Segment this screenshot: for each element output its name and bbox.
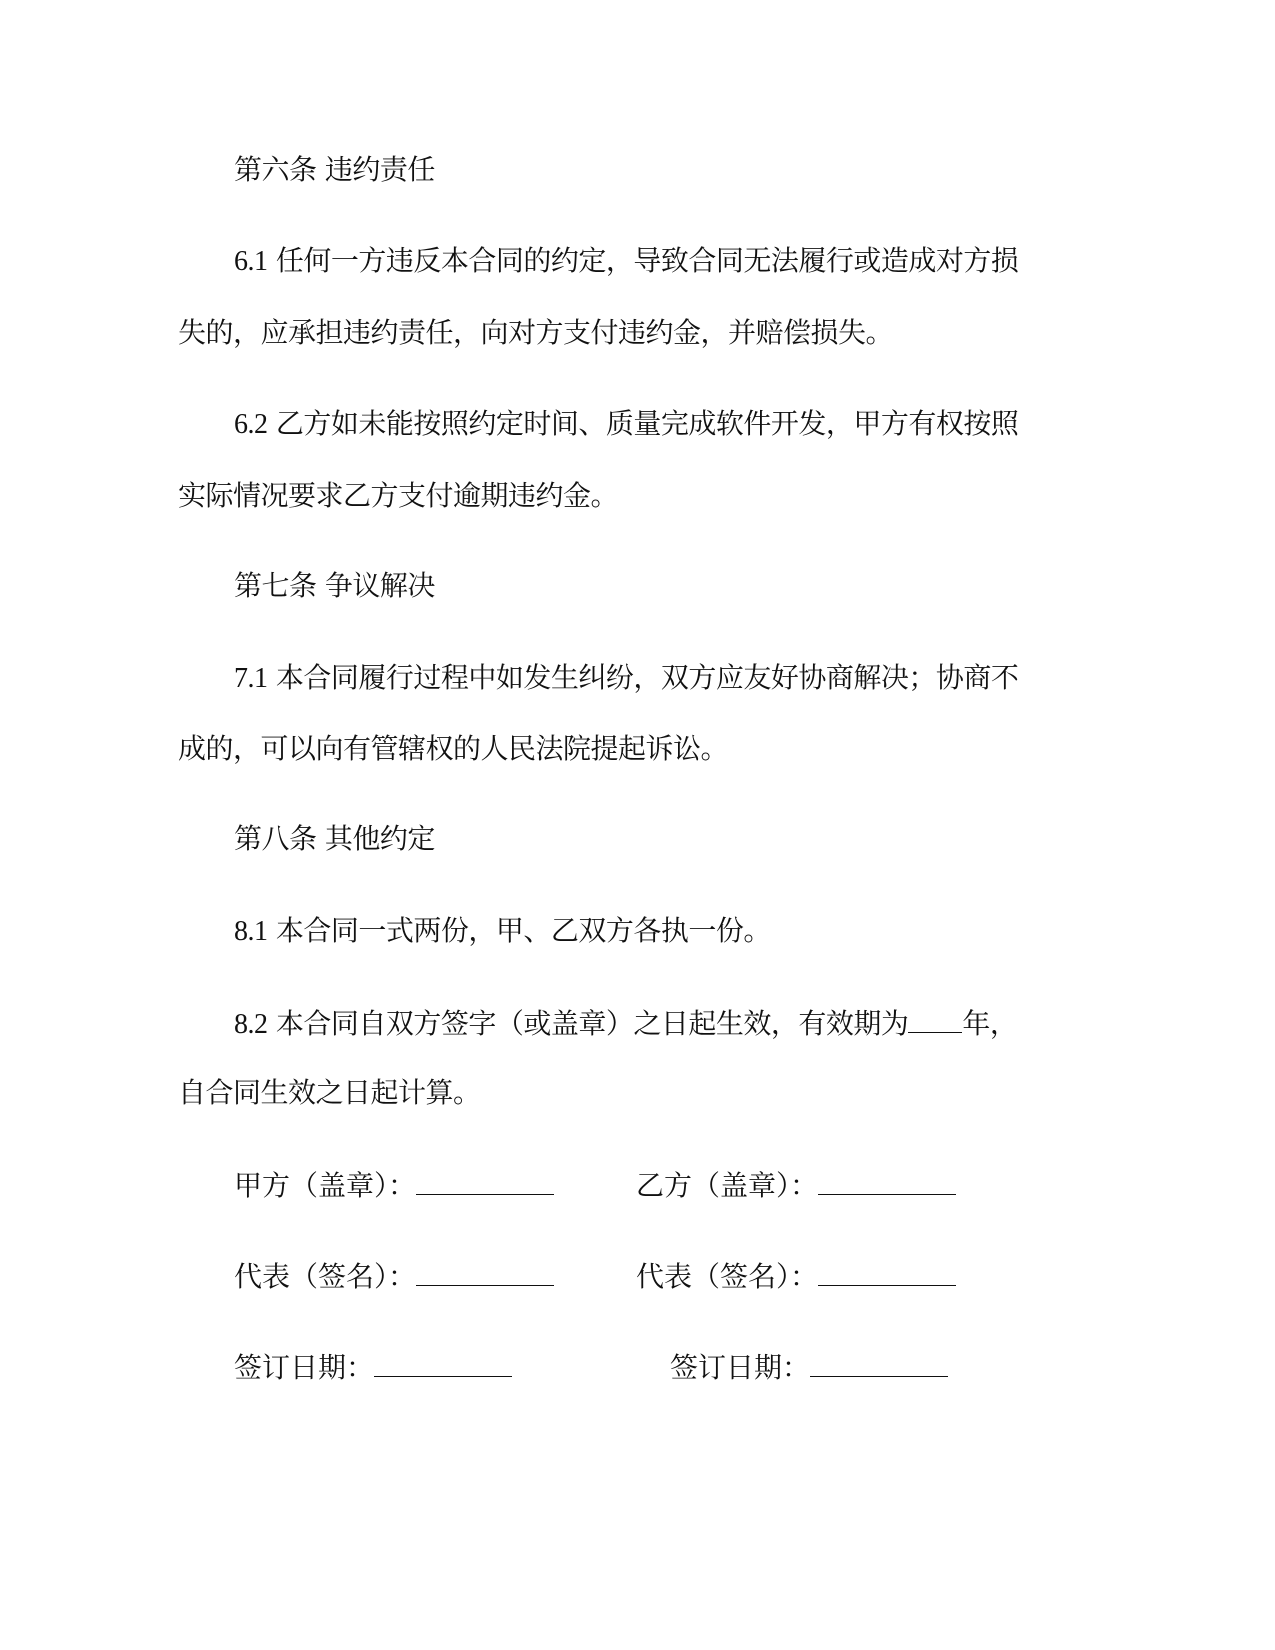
- clause-number: 8.2: [234, 1009, 268, 1040]
- clause-6-2-line-2: 实际情况要求乙方支付逾期违约金。: [178, 478, 618, 514]
- clause-number: 6.1: [234, 246, 268, 277]
- clause-6-1-line-1: 6.1 任何一方违反本合同的约定，导致合同无法履行或造成对方损: [234, 243, 1018, 280]
- party-b-rep-field: 代表（签名）：: [636, 1257, 956, 1295]
- clause-text: 本合同一式两份，甲、乙双方各执一份。: [276, 914, 771, 947]
- party-b-seal-field: 乙方（盖章）：: [636, 1166, 956, 1204]
- party-b-rep-label: 代表（签名）：: [636, 1260, 818, 1293]
- clause-6-2-line-1: 6.2 乙方如未能按照约定时间、质量完成软件开发，甲方有权按照: [234, 406, 1018, 443]
- party-a-date-field: 签订日期：: [234, 1348, 512, 1386]
- party-a-rep-field: 代表（签名）：: [234, 1257, 554, 1295]
- clause-7-1-line-1: 7.1 本合同履行过程中如发生纠纷，双方应友好协商解决；协商不: [234, 660, 1018, 697]
- party-b-date-field: 签订日期：: [670, 1348, 948, 1386]
- clause-text: 本合同履行过程中如发生纠纷，双方应友好协商解决；协商不: [276, 661, 1019, 694]
- clause-number: 6.2: [234, 409, 268, 440]
- article-8-heading: 第八条 其他约定: [234, 821, 435, 857]
- party-a-rep-blank[interactable]: [416, 1257, 554, 1286]
- party-b-rep-blank[interactable]: [818, 1257, 956, 1286]
- party-b-date-blank[interactable]: [810, 1348, 948, 1377]
- clause-text: 任何一方违反本合同的约定，导致合同无法履行或造成对方损: [276, 244, 1019, 277]
- article-6-heading: 第六条 违约责任: [234, 152, 435, 188]
- clause-number: 8.1: [234, 916, 268, 947]
- party-b-date-label: 签订日期：: [670, 1351, 810, 1384]
- party-a-seal-field: 甲方（盖章）：: [234, 1166, 554, 1204]
- clause-text: 本合同自双方签字（或盖章）之日起生效，有效期为: [276, 1007, 909, 1040]
- article-7-heading: 第七条 争议解决: [234, 568, 435, 604]
- party-a-seal-blank[interactable]: [416, 1166, 554, 1195]
- clause-7-1-line-2: 成的，可以向有管辖权的人民法院提起诉讼。: [178, 731, 728, 767]
- clause-6-1-line-2: 失的，应承担违约责任，向对方支付违约金，并赔偿损失。: [178, 315, 893, 351]
- clause-text-suffix: 年，: [962, 1007, 1017, 1040]
- clause-number: 7.1: [234, 663, 268, 694]
- clause-8-1-line-1: 8.1 本合同一式两份，甲、乙双方各执一份。: [234, 913, 771, 950]
- party-a-seal-label: 甲方（盖章）：: [234, 1169, 416, 1202]
- party-b-seal-label: 乙方（盖章）：: [636, 1169, 818, 1202]
- validity-years-blank[interactable]: [908, 1004, 962, 1033]
- party-a-date-blank[interactable]: [374, 1348, 512, 1377]
- party-b-seal-blank[interactable]: [818, 1166, 956, 1195]
- clause-text: 乙方如未能按照约定时间、质量完成软件开发，甲方有权按照: [276, 407, 1019, 440]
- party-a-date-label: 签订日期：: [234, 1351, 374, 1384]
- party-a-rep-label: 代表（签名）：: [234, 1260, 416, 1293]
- clause-8-2-line-2: 自合同生效之日起计算。: [178, 1075, 481, 1111]
- clause-8-2-line-1: 8.2 本合同自双方签字（或盖章）之日起生效，有效期为年，: [234, 1004, 1017, 1043]
